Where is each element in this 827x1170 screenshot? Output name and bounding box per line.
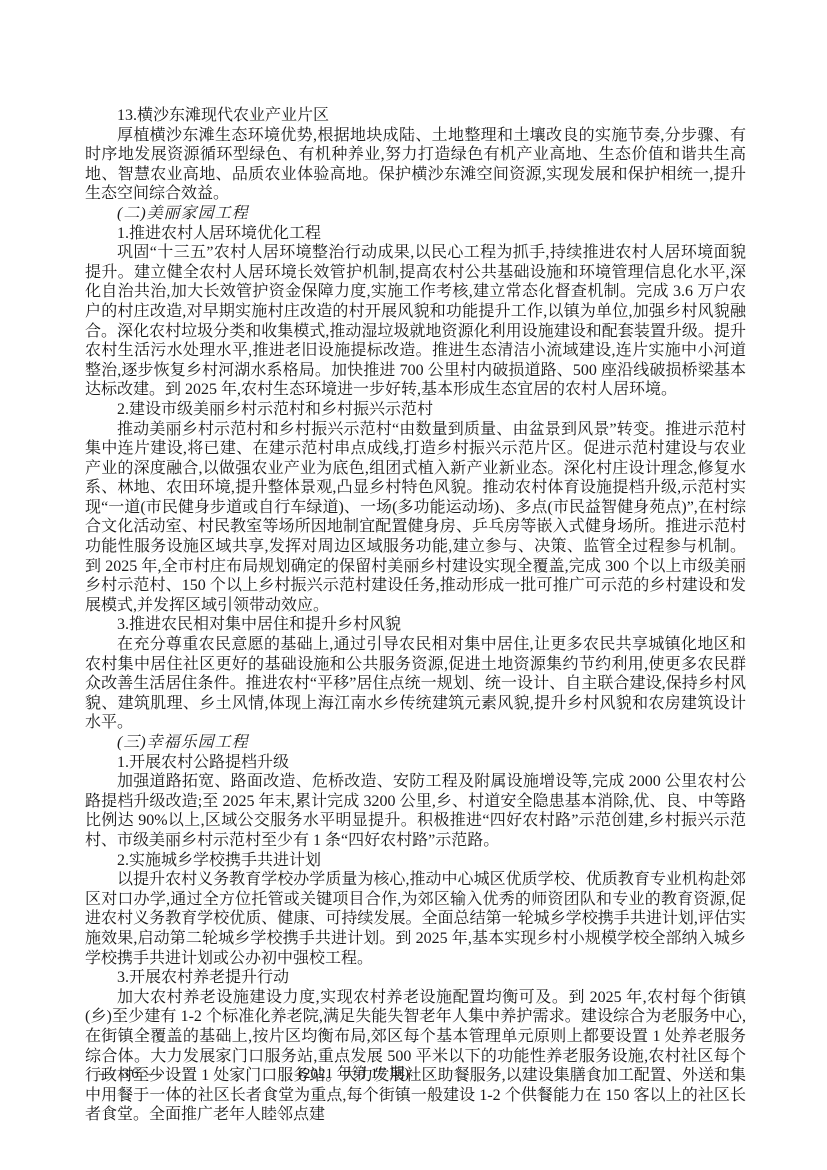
section-heading: (二)美丽家园工程: [85, 204, 746, 224]
numbered-heading: 3.开展农村养老提升行动: [85, 968, 746, 988]
document-body: 13.横沙东滩现代农业产业片区 厚植横沙东滩生态环境优势,根据地块成陆、土地整理…: [85, 106, 746, 1125]
numbered-heading: 1.开展农村公路提档升级: [85, 753, 746, 773]
issue-label: (2021 年第 17 期): [298, 1064, 409, 1084]
numbered-heading: 3.推进农民相对集中居住和提升乡村风貌: [85, 615, 746, 635]
numbered-heading: 1.推进农村人居环境优化工程: [85, 224, 746, 244]
numbered-heading: 2.建设市级美丽乡村示范村和乡村振兴示范村: [85, 400, 746, 420]
document-page: 13.横沙东滩现代农业产业片区 厚植横沙东滩生态环境优势,根据地块成陆、土地整理…: [0, 0, 827, 1170]
page-number: — 36 —: [99, 1064, 164, 1084]
page-footer: — 36 — (2021 年第 17 期): [85, 1064, 746, 1084]
body-paragraph: 巩固“十三五”农村人居环境整治行动成果,以民心工程为抓手,持续推进农村人居环境面…: [85, 243, 746, 400]
body-paragraph: 以提升农村义务教育学校办学质量为核心,推动中心城区优质学校、优质教育专业机构赴郊…: [85, 870, 746, 968]
body-paragraph: 加强道路拓宽、路面改造、危桥改造、安防工程及附属设施增设等,完成 2000 公里…: [85, 772, 746, 850]
body-paragraph: 加大农村养老设施建设力度,实现农村养老设施配置均衡可及。到 2025 年,农村每…: [85, 988, 746, 1125]
numbered-heading: 2.实施城乡学校携手共进计划: [85, 851, 746, 871]
body-paragraph: 厚植横沙东滩生态环境优势,根据地块成陆、土地整理和土壤改良的实施节奏,分步骤、有…: [85, 126, 746, 204]
body-paragraph: 在充分尊重农民意愿的基础上,通过引导农民相对集中居住,让更多农民共享城镇化地区和…: [85, 635, 746, 733]
section-heading: (三)幸福乐园工程: [85, 733, 746, 753]
numbered-heading: 13.横沙东滩现代农业产业片区: [85, 106, 746, 126]
body-paragraph: 推动美丽乡村示范村和乡村振兴示范村“由数量到质量、由盆景到风景”转变。推进示范村…: [85, 420, 746, 616]
